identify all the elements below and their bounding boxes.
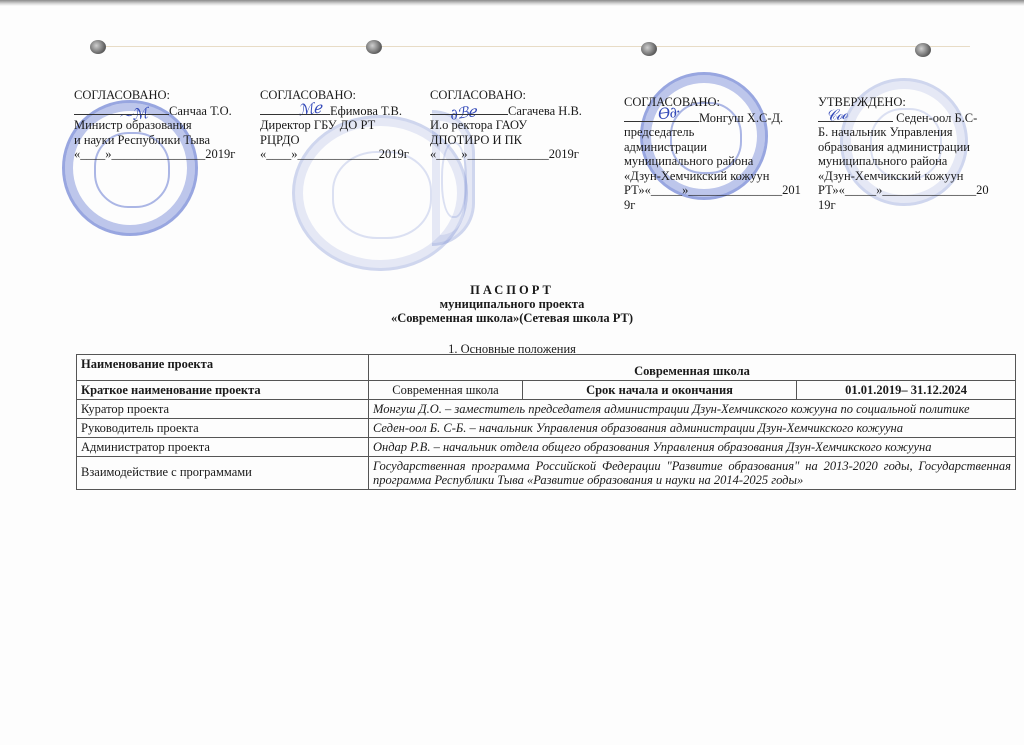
- table-row: Администратор проекта Ондар Р.В. – начал…: [77, 438, 1016, 457]
- approval-position: РЦРДО: [260, 133, 300, 147]
- approval-name: Ефимова Т.В.: [330, 104, 402, 118]
- approval-date: РТ»«_____»_______________20: [818, 183, 989, 197]
- approval-position: муниципального района: [624, 154, 753, 168]
- approval-name: Санчаа Т.О.: [169, 104, 232, 118]
- approval-position: и науки Республики Тыва: [74, 133, 210, 147]
- approval-position: Директор ГБУ ДО РТ: [260, 118, 375, 132]
- approval-block-1: СОГЛАСОВАНО: Санчаа Т.О. Министр образов…: [74, 88, 249, 162]
- row-value: Современная школа: [369, 355, 1016, 381]
- term-value: 01.01.2019– 31.12.2024: [797, 381, 1016, 399]
- table-row: Куратор проекта Монгуш Д.О. – заместител…: [77, 400, 1016, 419]
- approval-date: «____»_____________2019г: [260, 147, 409, 161]
- approval-heading: СОГЛАСОВАНО:: [624, 95, 799, 110]
- approval-date: 19г: [818, 198, 836, 212]
- approval-heading: УТВЕРЖДЕНО:: [818, 95, 1000, 110]
- title-line-3: «Современная школа»(Сетевая школа РТ): [0, 311, 1024, 325]
- approval-block-5: УТВЕРЖДЕНО: Седен-оол Б.С- Б. начальник …: [818, 95, 1000, 212]
- approval-position: «Дзун-Хемчикский кожуун: [818, 169, 963, 183]
- approval-position: ДПОТИРО И ПК: [430, 133, 522, 147]
- row-value-group: Современная школа Срок начала и окончани…: [369, 381, 1016, 400]
- row-label: Наименование проекта: [77, 355, 369, 381]
- approval-position: администрации: [624, 140, 707, 154]
- term-label: Срок начала и окончания: [523, 381, 797, 399]
- row-label: Краткое наименование проекта: [77, 381, 369, 400]
- approval-date: «____»_______________2019г: [74, 147, 235, 161]
- table-row: Взаимодействие с программами Государстве…: [77, 457, 1016, 490]
- scan-top-edge: [0, 0, 1024, 6]
- title-line-2: муниципального проекта: [0, 297, 1024, 311]
- row-label: Куратор проекта: [77, 400, 369, 419]
- approval-heading: СОГЛАСОВАНО:: [430, 88, 605, 103]
- row-value: Седен-оол Б. С-Б. – начальник Управления…: [369, 419, 1016, 438]
- approval-position: «Дзун-Хемчикский кожуун: [624, 169, 769, 183]
- short-name-value: Современная школа: [369, 381, 523, 399]
- approval-position: председатель: [624, 125, 694, 139]
- approval-name: Монгуш Х.С-Д.: [699, 111, 783, 125]
- punch-hole-4: [915, 43, 931, 57]
- approval-date: 9г: [624, 198, 635, 212]
- document-title: ПАСПОРТ муниципального проекта «Современ…: [0, 283, 1024, 325]
- punch-hole-2: [366, 40, 382, 54]
- approval-name: Сагачева Н.В.: [508, 104, 582, 118]
- approval-date: «____»_____________2019г: [430, 147, 579, 161]
- approval-block-3: СОГЛАСОВАНО: Сагачева Н.В. И.о ректора Г…: [430, 88, 605, 162]
- approval-position: И.о ректора ГАОУ: [430, 118, 527, 132]
- approval-heading: СОГЛАСОВАНО:: [74, 88, 249, 103]
- row-label: Администратор проекта: [77, 438, 369, 457]
- passport-table: Наименование проекта Современная школа К…: [76, 354, 1016, 490]
- row-value: Государственная программа Российской Фед…: [369, 457, 1016, 490]
- title-main: ПАСПОРТ: [0, 283, 1024, 297]
- table-row: Руководитель проекта Седен-оол Б. С-Б. –…: [77, 419, 1016, 438]
- punch-hole-1: [90, 40, 106, 54]
- table-row: Краткое наименование проекта Современная…: [77, 381, 1016, 400]
- approval-heading: СОГЛАСОВАНО:: [260, 88, 425, 103]
- approval-position: Министр образования: [74, 118, 192, 132]
- approval-date: РТ»«_____»_______________201: [624, 183, 801, 197]
- approval-block-4: СОГЛАСОВАНО: Монгуш Х.С-Д. председатель …: [624, 95, 799, 212]
- punch-hole-3: [641, 42, 657, 56]
- approval-block-2: СОГЛАСОВАНО: Ефимова Т.В. Директор ГБУ Д…: [260, 88, 425, 162]
- approval-position: Б. начальник Управления: [818, 125, 953, 139]
- row-label: Руководитель проекта: [77, 419, 369, 438]
- approval-position: образования администрации: [818, 140, 970, 154]
- approval-name: Седен-оол Б.С-: [896, 111, 977, 125]
- row-value: Ондар Р.В. – начальник отдела общего обр…: [369, 438, 1016, 457]
- row-label: Взаимодействие с программами: [77, 457, 369, 490]
- table-row: Наименование проекта Современная школа: [77, 355, 1016, 381]
- binding-thread: [100, 46, 970, 47]
- approval-position: муниципального района: [818, 154, 947, 168]
- row-value: Монгуш Д.О. – заместитель председателя а…: [369, 400, 1016, 419]
